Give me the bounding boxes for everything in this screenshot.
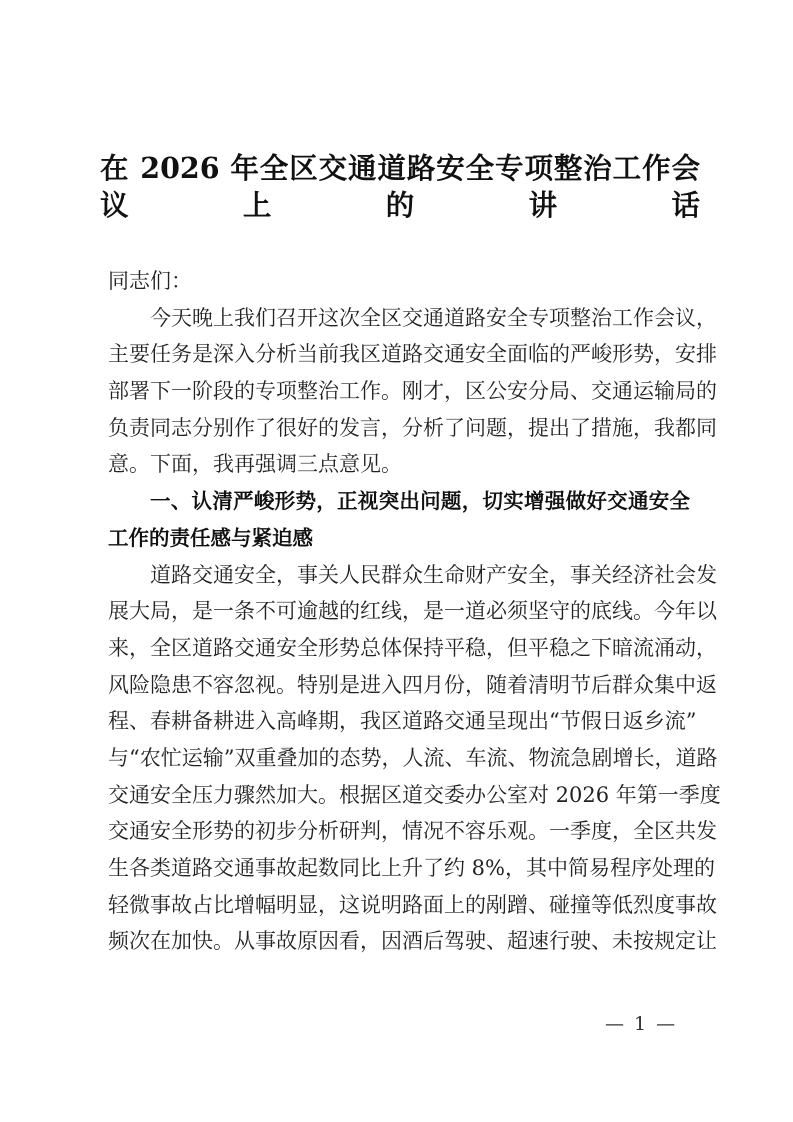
paragraph-line: 部署下一阶段的专项整治工作。刚才，区公安分局、交通运输局的 <box>108 373 690 410</box>
section-heading-1: 一、认清严峻形势，正视突出问题，切实增强做好交通安全 工作的责任感与紧迫感 <box>108 483 690 556</box>
paragraph-line: 程、春耕备耕进入高峰期，我区道路交通呈现出“节假日返乡流” <box>108 703 690 740</box>
paragraph-line: 生各类道路交通事故起数同比上升了约 8%，其中简易程序处理的 <box>108 850 690 887</box>
paragraph-line: 交通安全形势的初步分析研判，情况不容乐观。一季度，全区共发 <box>108 813 690 850</box>
document-title: 在 2026 年全区交通道路安全专项整治工作会 议上的讲话 <box>100 146 700 219</box>
heading-line: 一、认清严峻形势，正视突出问题，切实增强做好交通安全 <box>108 483 690 520</box>
paragraph-line: 道路交通安全，事关人民群众生命财产安全，事关经济社会发 <box>108 557 690 594</box>
paragraph-opening: 今天晚上我们召开这次全区交通道路安全专项整治工作会议， 主要任务是深入分析当前我… <box>108 300 690 483</box>
paragraph-line: 意。下面，我再强调三点意见。 <box>108 446 690 483</box>
paragraph-section-1: 道路交通安全，事关人民群众生命财产安全，事关经济社会发 展大局，是一条不可逾越的… <box>108 557 690 961</box>
title-line-1: 在 2026 年全区交通道路安全专项整治工作会 <box>100 146 700 183</box>
heading-line: 工作的责任感与紧迫感 <box>108 520 690 557</box>
paragraph-line: 负责同志分别作了很好的发言，分析了问题，提出了措施，我都同 <box>108 410 690 447</box>
title-line-2: 议上的讲话 <box>100 183 700 220</box>
paragraph-line: 频次在加快。从事故原因看，因酒后驾驶、超速行驶、未按规定让 <box>108 923 690 960</box>
paragraph-line: 主要任务是深入分析当前我区道路交通安全面临的严峻形势，安排 <box>108 336 690 373</box>
paragraph-line: 今天晚上我们召开这次全区交通道路安全专项整治工作会议， <box>108 300 690 337</box>
salutation: 同志们： <box>108 263 690 300</box>
paragraph-line: 轻微事故占比增幅明显，这说明路面上的剐蹭、碰撞等低烈度事故 <box>108 887 690 924</box>
paragraph-line: 与“农忙运输”双重叠加的态势，人流、车流、物流急剧增长，道路 <box>108 740 690 777</box>
paragraph-line: 来，全区道路交通安全形势总体保持平稳，但平稳之下暗流涌动， <box>108 630 690 667</box>
page-number: — 1 — <box>605 1013 677 1035</box>
document-page: 在 2026 年全区交通道路安全专项整治工作会 议上的讲话 同志们： 今天晚上我… <box>0 0 793 1122</box>
paragraph-line: 交通安全压力骤然加大。根据区道交委办公室对 2026 年第一季度 <box>108 777 690 814</box>
paragraph-line: 展大局，是一条不可逾越的红线，是一道必须坚守的底线。今年以 <box>108 593 690 630</box>
document-body: 同志们： 今天晚上我们召开这次全区交通道路安全专项整治工作会议， 主要任务是深入… <box>108 263 690 960</box>
paragraph-line: 风险隐患不容忽视。特别是进入四月份，随着清明节后群众集中返 <box>108 667 690 704</box>
